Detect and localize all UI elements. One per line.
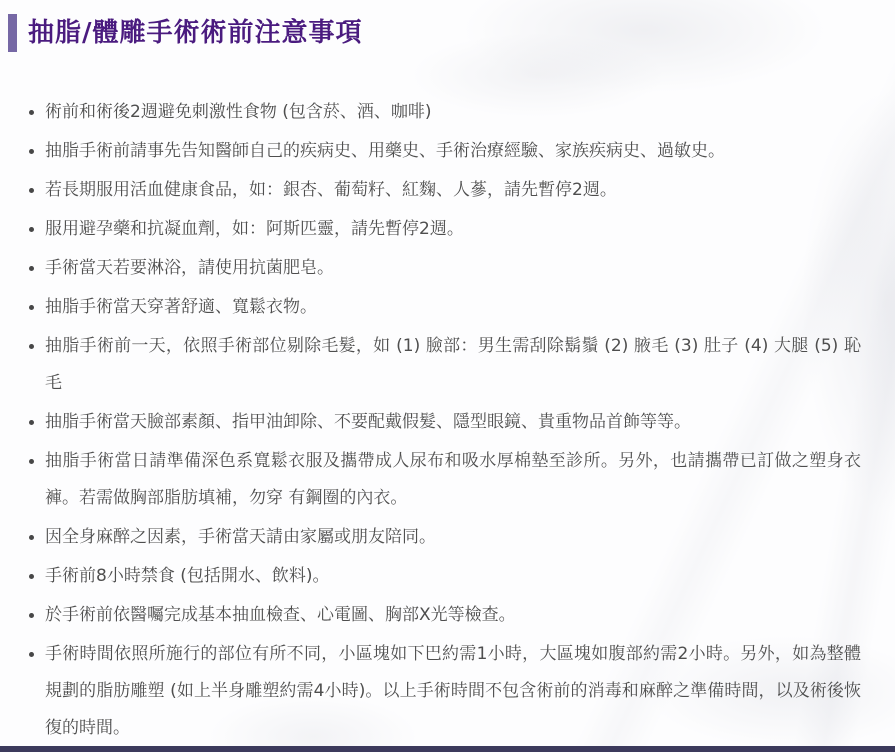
section-header: 抽脂/體雕手術術前注意事項: [0, 0, 895, 52]
list-item: 手術時間依照所施行的部位有所不同，小區塊如下巴約需1小時，大區塊如腹部約需2小時…: [45, 636, 861, 747]
list-item: 若長期服用活血健康食品，如：銀杏、葡萄籽、紅麴、人蔘，請先暫停2週。: [45, 172, 861, 209]
list-item: 因全身麻醉之因素，手術當天請由家屬或朋友陪同。: [45, 519, 861, 556]
title-accent-bar: [8, 14, 17, 52]
list-item: 服用避孕藥和抗凝血劑，如：阿斯匹靈，請先暫停2週。: [45, 211, 861, 248]
list-item: 抽脂手術當天臉部素顏、指甲油卸除、不要配戴假髮、隱型眼鏡、貴重物品首飾等等。: [45, 404, 861, 441]
list-item: 術前和術後2週避免刺激性食物 (包含菸、酒、咖啡): [45, 94, 861, 131]
list-item: 抽脂手術當日請準備深色系寬鬆衣服及攜帶成人尿布和吸水厚棉墊至診所。另外，也請攜帶…: [45, 443, 861, 517]
instruction-list: 術前和術後2週避免刺激性食物 (包含菸、酒、咖啡)抽脂手術前請事先告知醫師自己的…: [0, 52, 895, 747]
list-item: 於手術前依醫囑完成基本抽血檢查、心電圖、胸部X光等檢查。: [45, 597, 861, 634]
list-item: 抽脂手術前請事先告知醫師自己的疾病史、用藥史、手術治療經驗、家族疾病史、過敏史。: [45, 133, 861, 170]
list-item: 手術前8小時禁食 (包括開水、飲料)。: [45, 558, 861, 595]
list-item: 抽脂手術前一天，依照手術部位剔除毛髮，如 (1) 臉部：男生需刮除鬍鬚 (2) …: [45, 328, 861, 402]
page-title: 抽脂/體雕手術術前注意事項: [28, 14, 363, 52]
list-item: 抽脂手術當天穿著舒適、寬鬆衣物。: [45, 289, 861, 326]
footer-bar: [0, 746, 895, 752]
list-item: 手術當天若要淋浴，請使用抗菌肥皂。: [45, 250, 861, 287]
